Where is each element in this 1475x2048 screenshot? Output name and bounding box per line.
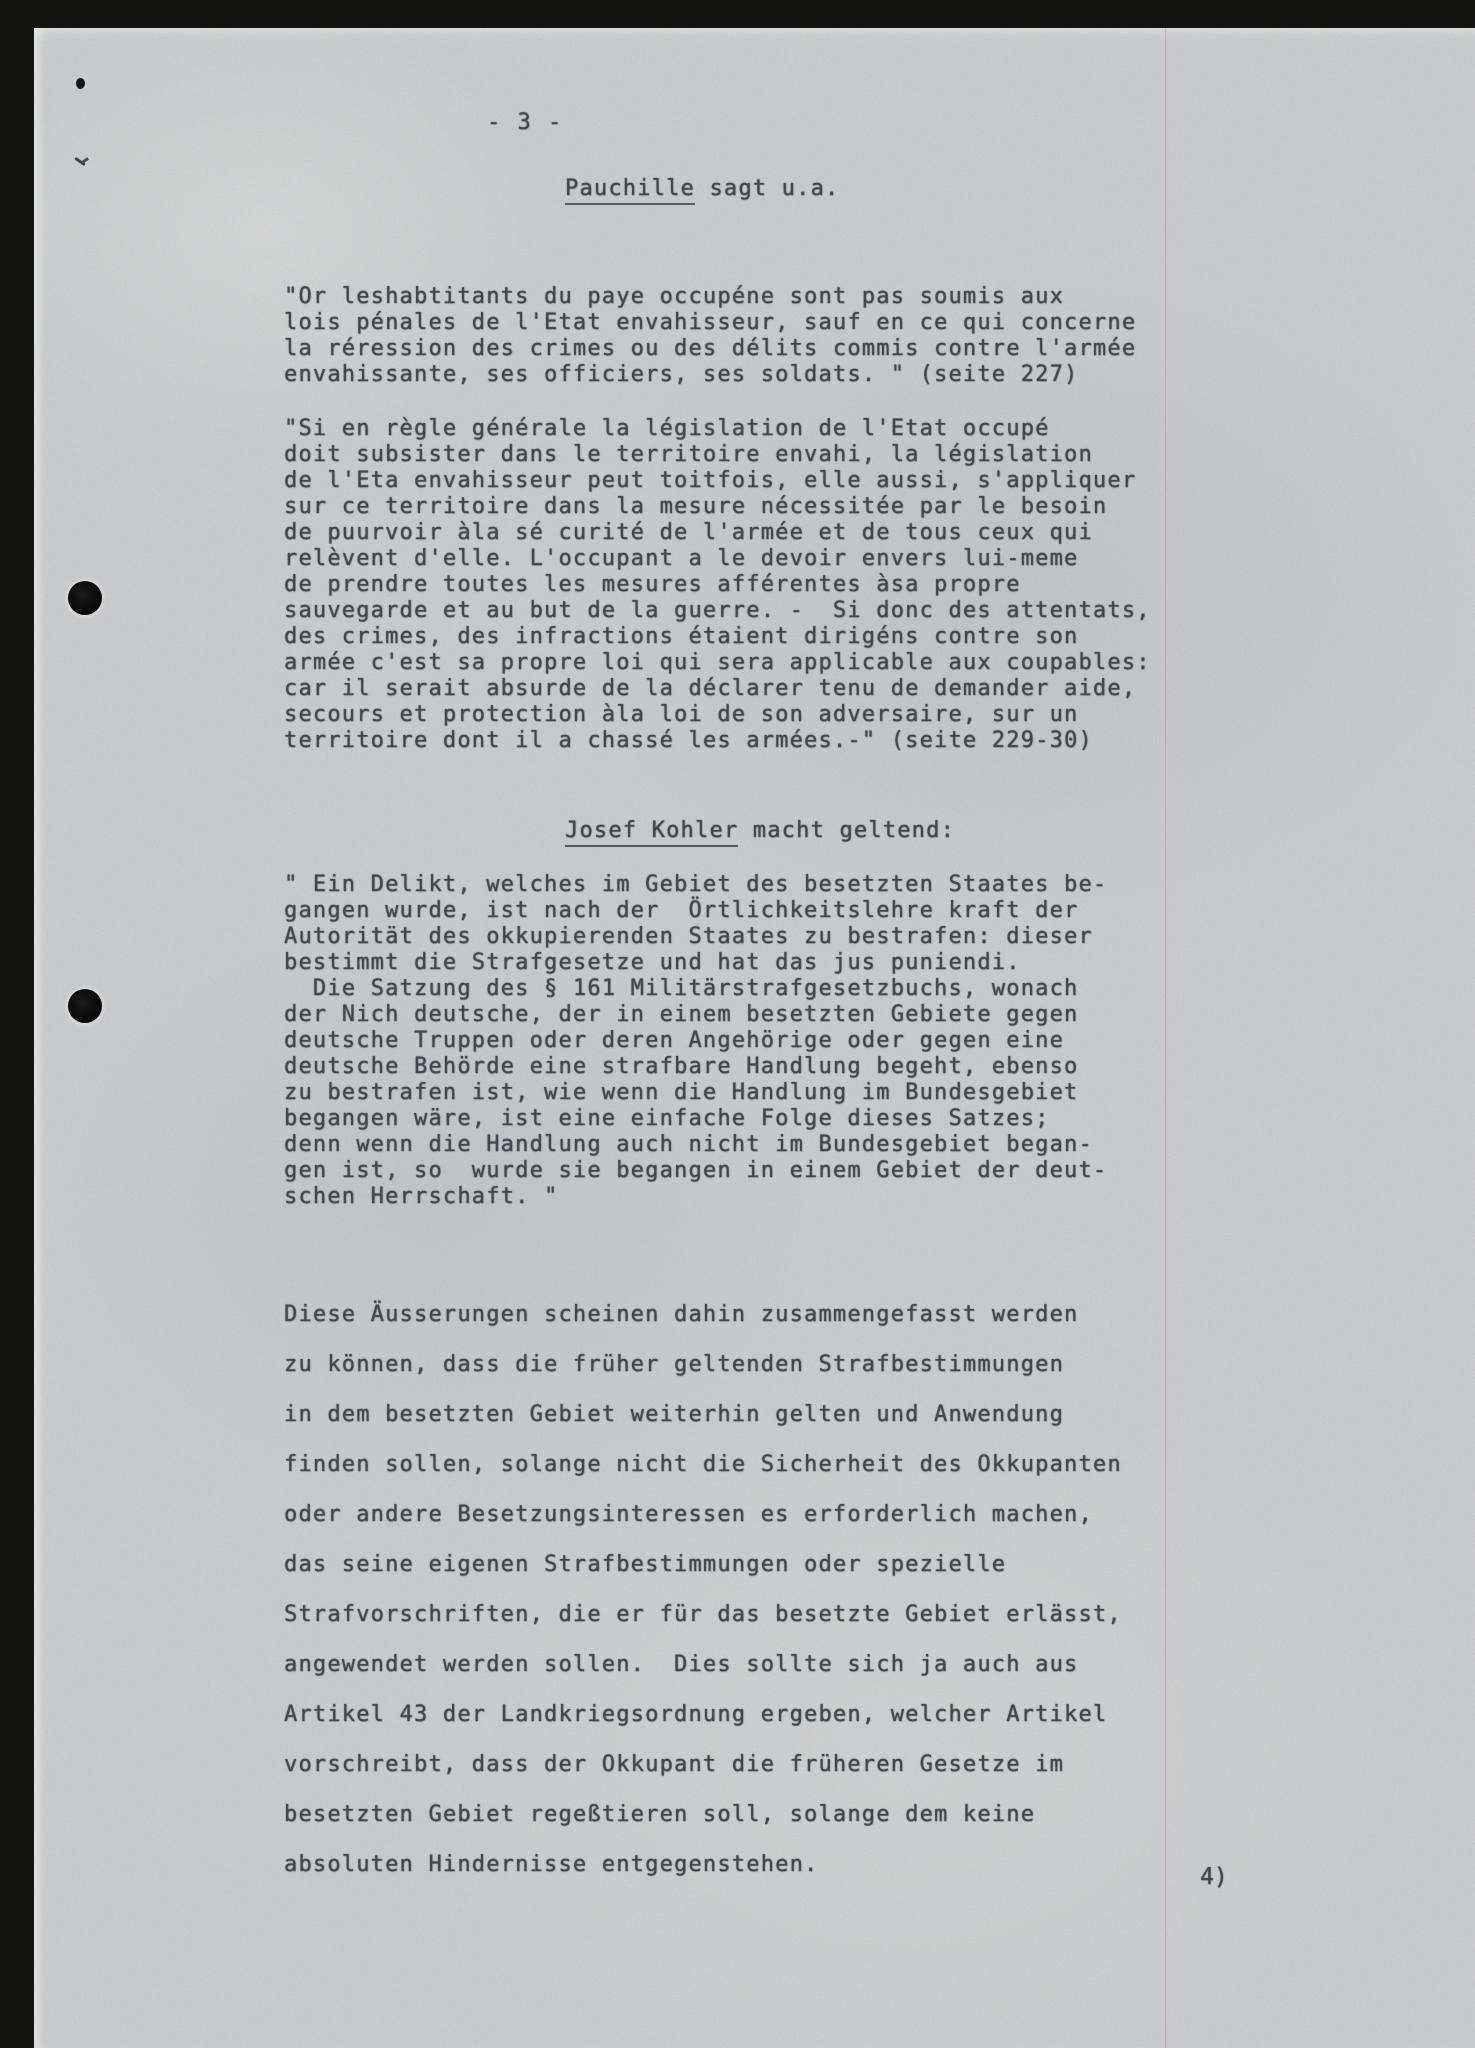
section-heading-kohler: Josef Kohler macht geltend: <box>565 818 955 844</box>
text-line: gen ist, so wurde sie begangen in einem … <box>284 1158 1107 1184</box>
french-quote-paragraph-2: "Si en règle générale la législation de … <box>284 416 1151 754</box>
text-line: de l'Eta envahisseur peut toitfois, elle… <box>284 468 1151 494</box>
text-line: vorschreibt, dass der Okkupant die frühe… <box>284 1740 1122 1790</box>
pen-mark <box>74 157 86 166</box>
french-quote-paragraph-1: "Or leshabtitants du paye occupéne sont … <box>284 284 1136 388</box>
text-line: finden sollen, solange nicht die Sicherh… <box>284 1440 1122 1490</box>
text-line: bestimmt die Strafgesetze und hat das ju… <box>284 950 1107 976</box>
text-line: gangen wurde, ist nach der Örtlichkeitsl… <box>284 898 1107 924</box>
text-line: la réression des crimes ou des délits co… <box>284 336 1136 362</box>
text-line: "Or leshabtitants du paye occupéne sont … <box>284 284 1136 310</box>
text-line: car il serait absurde de la déclarer ten… <box>284 676 1151 702</box>
text-line: deutsche Truppen oder deren Angehörige o… <box>284 1028 1107 1054</box>
author-name-underlined: Pauchille <box>565 176 695 205</box>
punch-hole <box>68 581 102 615</box>
text-line: territoire dont il a chassé les armées.-… <box>284 728 1151 754</box>
text-line: secours et protection àla loi de son adv… <box>284 702 1151 728</box>
text-line: das seine eigenen Strafbestimmungen oder… <box>284 1540 1122 1590</box>
heading-rest: sagt u.a. <box>695 176 839 201</box>
text-line: armée c'est sa propre loi qui sera appli… <box>284 650 1151 676</box>
section-heading-pauchille: Pauchille sagt u.a. <box>565 176 839 202</box>
text-line: Autorität des okkupierenden Staates zu b… <box>284 924 1107 950</box>
footnote-marker: 4) <box>1200 1864 1228 1890</box>
text-line: in dem besetzten Gebiet weiterhin gelten… <box>284 1390 1122 1440</box>
text-line: lois pénales de l'Etat envahisseur, sauf… <box>284 310 1136 336</box>
text-line: oder andere Besetzungsinteressen es erfo… <box>284 1490 1122 1540</box>
german-quote-paragraph: " Ein Delikt, welches im Gebiet des bese… <box>284 872 1107 1210</box>
text-line: " Ein Delikt, welches im Gebiet des bese… <box>284 872 1107 898</box>
text-line: Diese Äusserungen scheinen dahin zusamme… <box>284 1290 1122 1340</box>
paper-page: - 3 - Pauchille sagt u.a. "Or leshabtita… <box>34 28 1475 2048</box>
heading-rest: macht geltend: <box>738 818 955 843</box>
text-line: zu können, dass die früher geltenden Str… <box>284 1340 1122 1390</box>
text-line: Artikel 43 der Landkriegsordnung ergeben… <box>284 1690 1122 1740</box>
text-line: angewendet werden sollen. Dies sollte si… <box>284 1640 1122 1690</box>
text-line: envahissante, ses officiers, ses soldats… <box>284 362 1136 388</box>
text-line: der Nich deutsche, der in einem besetzte… <box>284 1002 1107 1028</box>
text-line: doit subsister dans le territoire envahi… <box>284 442 1151 468</box>
text-line: begangen wäre, ist eine einfache Folge d… <box>284 1106 1107 1132</box>
summary-paragraph: Diese Äusserungen scheinen dahin zusamme… <box>284 1290 1122 1890</box>
text-line: "Si en règle générale la législation de … <box>284 416 1151 442</box>
page-number: - 3 - <box>487 110 563 135</box>
ink-speck <box>76 78 85 89</box>
text-line: denn wenn die Handlung auch nicht im Bun… <box>284 1132 1107 1158</box>
text-line: Die Satzung des § 161 Militärstrafgesetz… <box>284 976 1107 1002</box>
author-name-underlined: Josef Kohler <box>565 818 738 847</box>
text-line: des crimes, des infractions étaient diri… <box>284 624 1151 650</box>
text-line: de prendre toutes les mesures afférentes… <box>284 572 1151 598</box>
text-line: sur ce territoire dans la mesure nécessi… <box>284 494 1151 520</box>
text-line: absoluten Hindernisse entgegenstehen. <box>284 1840 1122 1890</box>
text-line: zu bestrafen ist, wie wenn die Handlung … <box>284 1080 1107 1106</box>
pink-guide-line <box>1165 28 1166 2048</box>
text-line: besetzten Gebiet regeßtieren soll, solan… <box>284 1790 1122 1840</box>
text-line: relèvent d'elle. L'occupant a le devoir … <box>284 546 1151 572</box>
text-line: sauvegarde et au but de la guerre. - Si … <box>284 598 1151 624</box>
text-line: Strafvorschriften, die er für das besetz… <box>284 1590 1122 1640</box>
text-line: deutsche Behörde eine strafbare Handlung… <box>284 1054 1107 1080</box>
scanned-document: - 3 - Pauchille sagt u.a. "Or leshabtita… <box>0 0 1475 2048</box>
punch-hole <box>68 989 102 1023</box>
text-line: schen Herrschaft. " <box>284 1184 1107 1210</box>
text-line: de puurvoir àla sé curité de l'armée et … <box>284 520 1151 546</box>
